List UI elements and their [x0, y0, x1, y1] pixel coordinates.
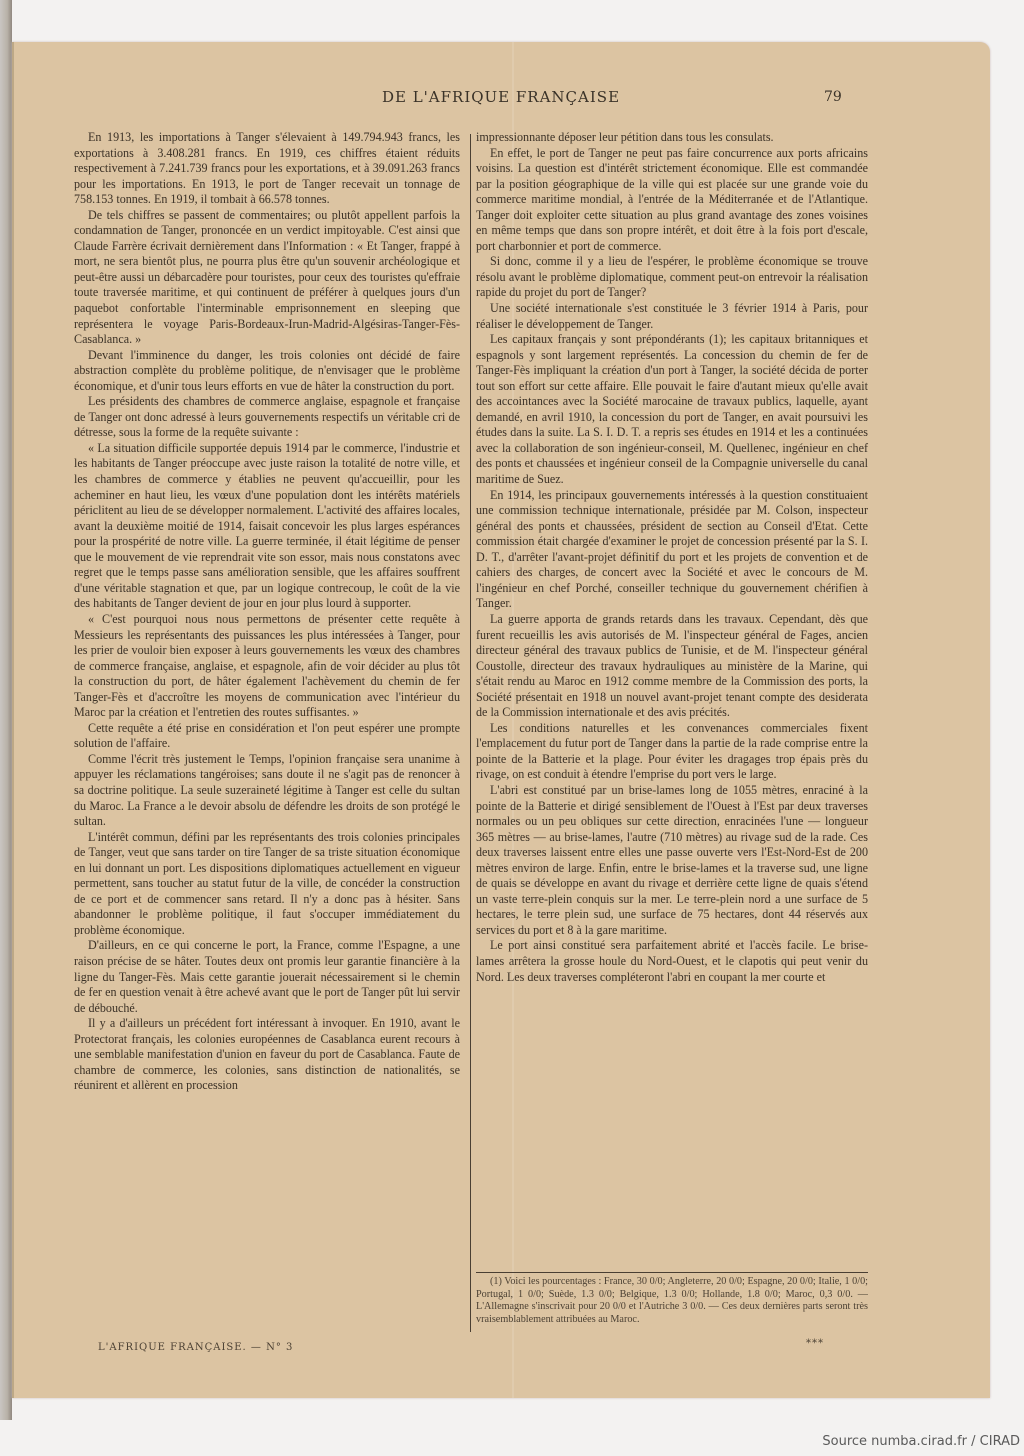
paragraph: En 1913, les importations à Tanger s'éle… — [74, 130, 460, 208]
paragraph: Les conditions naturelles et les convena… — [476, 721, 868, 783]
paragraph: En effet, le port de Tanger ne peut pas … — [476, 146, 868, 255]
paragraph: « C'est pourquoi nous nous permettons de… — [74, 612, 460, 721]
left-column: En 1913, les importations à Tanger s'éle… — [74, 130, 460, 1094]
source-credit: Source numba.cirad.fr / CIRAD — [822, 1434, 1020, 1449]
paragraph: Si donc, comme il y a lieu de l'espérer,… — [476, 254, 868, 301]
footnote-rule — [476, 1272, 868, 1273]
paragraph: « La situation difficile supportée depui… — [74, 441, 460, 612]
paragraph: Cette requête a été prise en considérati… — [74, 721, 460, 752]
document-page: DE L'AFRIQUE FRANÇAISE 79 En 1913, les i… — [12, 42, 990, 1398]
journal-footer: L'AFRIQUE FRANÇAISE. — N° 3 — [98, 1342, 293, 1353]
paragraph: Comme l'écrit très justement le Temps, l… — [74, 752, 460, 830]
paragraph: En 1914, les principaux gouvernements in… — [476, 488, 868, 612]
paragraph: D'ailleurs, en ce qui concerne le port, … — [74, 938, 460, 1016]
column-divider — [470, 134, 471, 1332]
paragraph: Les présidents des chambres de commerce … — [74, 394, 460, 441]
paragraph: Les capitaux français y sont prépondéran… — [476, 332, 868, 487]
paragraph: L'intérêt commun, défini par les représe… — [74, 830, 460, 939]
running-head: DE L'AFRIQUE FRANÇAISE — [12, 88, 990, 106]
footnote-text: (1) Voici les pourcentages : France, 30 … — [476, 1276, 868, 1326]
paragraph: Devant l'imminence du danger, les trois … — [74, 348, 460, 395]
section-separator: *** — [806, 1338, 824, 1349]
book-spine — [0, 0, 12, 1420]
paragraph: Le port ainsi constitué sera parfaitemen… — [476, 938, 868, 985]
paragraph: L'abri est constitué par un brise-lames … — [476, 783, 868, 938]
paragraph: La guerre apporta de grands retards dans… — [476, 612, 868, 721]
paragraph: Une société internationale s'est constit… — [476, 301, 868, 332]
paragraph-continuation: impressionnante déposer leur pétition da… — [476, 130, 868, 146]
right-column: impressionnante déposer leur pétition da… — [476, 130, 868, 985]
paragraph: De tels chiffres se passent de commentai… — [74, 208, 460, 348]
page-number: 79 — [824, 89, 842, 105]
paragraph: Il y a d'ailleurs un précédent fort inté… — [74, 1016, 460, 1094]
footnote: (1) Voici les pourcentages : France, 30 … — [476, 1276, 868, 1326]
